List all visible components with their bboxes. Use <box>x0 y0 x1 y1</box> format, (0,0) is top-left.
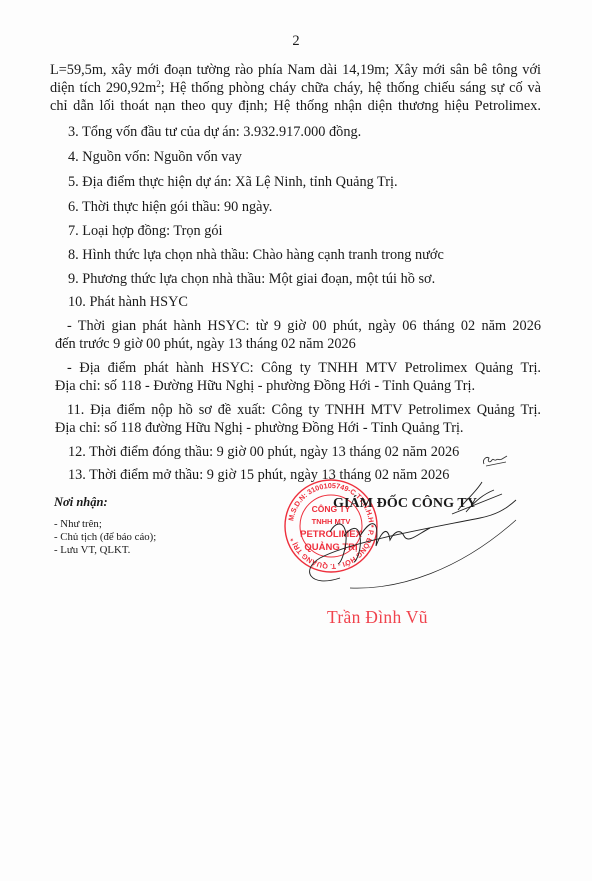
item-5: 5. Địa điểm thực hiện dự án: Xã Lệ Ninh,… <box>68 173 398 191</box>
sub-item-2-line-2: Địa chỉ: số 118 - Đường Hữu Nghị - phườn… <box>55 377 475 395</box>
item-11-line-1: 11. Địa điểm nộp hồ sơ đề xuất: Công ty … <box>67 401 541 419</box>
item-8: 8. Hình thức lựa chọn nhà thầu: Chào hàn… <box>68 246 444 264</box>
area-text: diện tích 290,92m <box>50 80 156 96</box>
recipient-item: - Chủ tịch (để báo cáo); <box>54 531 156 544</box>
item-3: 3. Tổng vốn đầu tư của dự án: 3.932.917.… <box>68 123 361 141</box>
sub-item-2-line-1: - Địa điểm phát hành HSYC: Công ty TNHH … <box>67 359 541 377</box>
intro-line-2-rest: ; Hệ thống phòng cháy chữa cháy, hệ thốn… <box>161 80 541 96</box>
recipients-heading: Nơi nhận: <box>54 495 108 510</box>
signature-icon <box>280 470 520 610</box>
sub-item-1-line-2: đến trước 9 giờ 00 phút, ngày 13 tháng 0… <box>55 335 356 353</box>
item-4: 4. Nguồn vốn: Nguồn vốn vay <box>68 148 242 166</box>
item-7: 7. Loại hợp đồng: Trọn gói <box>68 222 223 240</box>
item-12: 12. Thời điểm đóng thầu: 9 giờ 00 phút, … <box>68 443 459 461</box>
recipient-item: - Lưu VT, QLKT. <box>54 544 130 557</box>
item-11-line-2: Địa chỉ: số 118 đường Hữu Nghị - phường … <box>55 419 464 437</box>
recipient-item: - Như trên; <box>54 518 102 531</box>
sub-item-1-line-1: - Thời gian phát hành HSYC: từ 9 giờ 00 … <box>67 317 541 335</box>
intro-line-3: chỉ dẫn lối thoát nạn theo quy định; Hệ … <box>50 97 541 115</box>
item-10: 10. Phát hành HSYC <box>68 293 188 311</box>
intro-line-2: diện tích 290,92m2; Hệ thống phòng cháy … <box>50 79 541 97</box>
page-number: 2 <box>0 33 592 50</box>
item-9: 9. Phương thức lựa chọn nhà thầu: Một gi… <box>68 270 435 288</box>
intro-line-1: L=59,5m, xây mới đoạn tường rào phía Nam… <box>50 61 541 79</box>
signer-name: Trần Đình Vũ <box>327 607 428 628</box>
initials-icon <box>480 448 510 470</box>
item-6: 6. Thời thực hiện gói thầu: 90 ngày. <box>68 198 272 216</box>
